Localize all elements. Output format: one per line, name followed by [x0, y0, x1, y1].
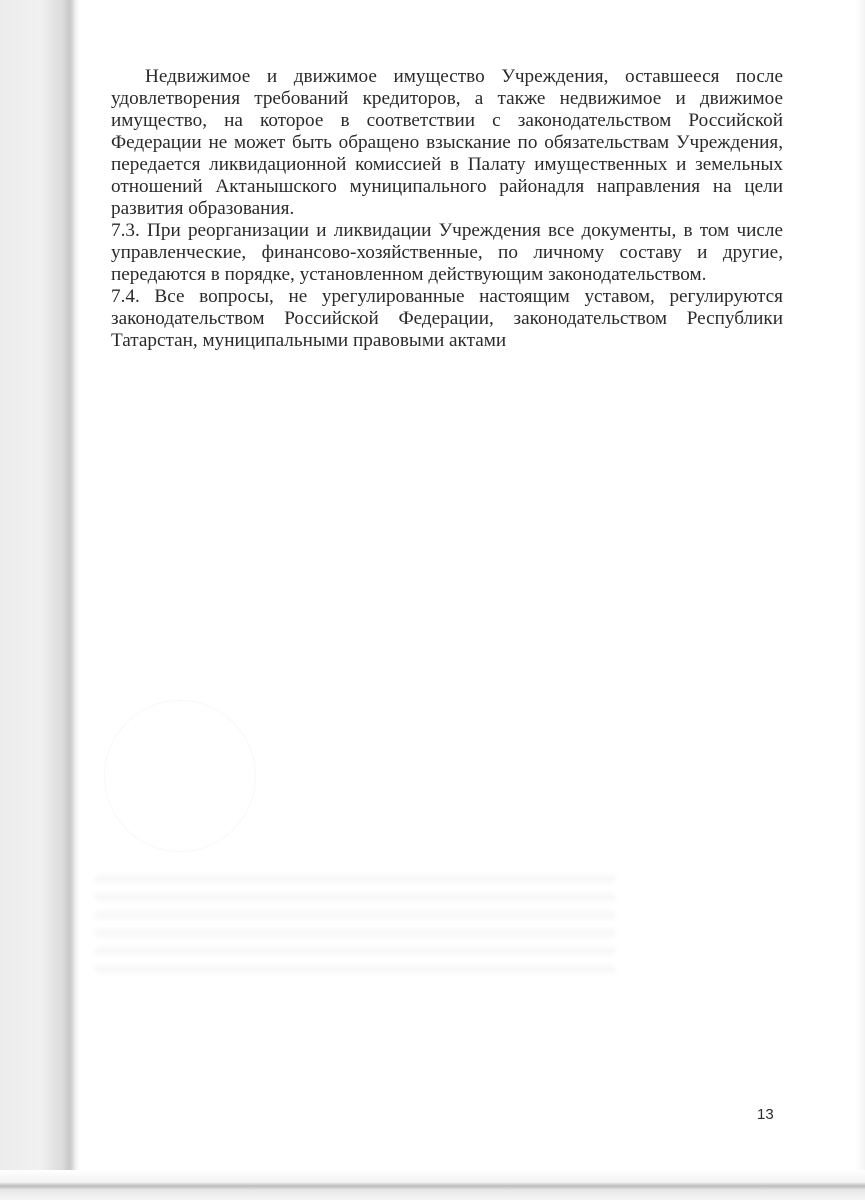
faint-stamp-ghost — [104, 700, 256, 852]
paragraph-property-transfer: Недвижимое и движимое имущество Учрежден… — [111, 66, 783, 220]
bleed-through-text-ghost — [95, 875, 615, 975]
document-body: Недвижимое и движимое имущество Учрежден… — [111, 66, 783, 352]
paragraph-7-4: 7.4. Все вопросы, не урегулированные нас… — [111, 286, 783, 352]
scan-left-edge-shadow — [0, 0, 80, 1200]
scan-right-edge — [855, 0, 865, 1200]
scan-bottom-edge — [0, 1170, 865, 1200]
paragraph-7-3: 7.3. При реорганизации и ликвидации Учре… — [111, 220, 783, 286]
page-number: 13 — [757, 1106, 774, 1123]
